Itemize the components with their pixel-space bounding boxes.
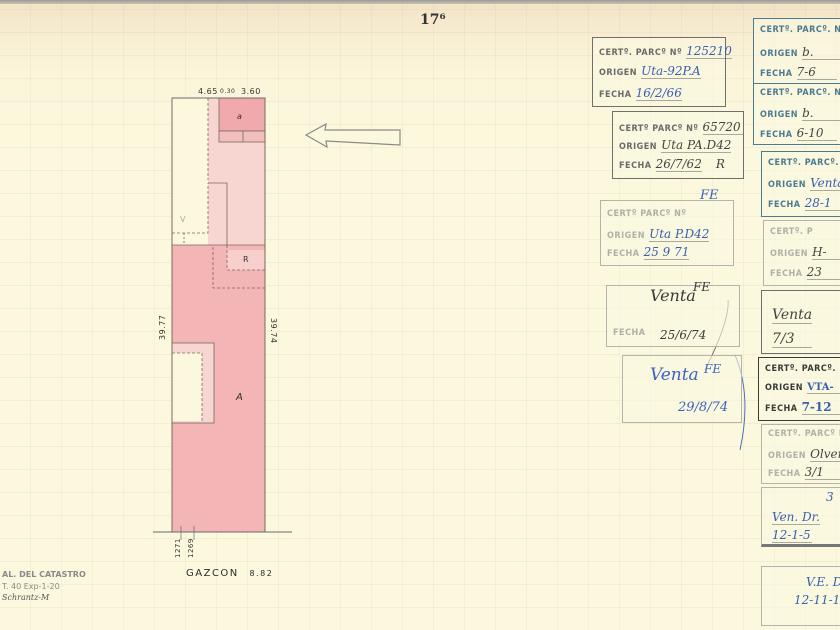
stamp-origen-value: Venta (772, 307, 812, 324)
stamp-cert-label: CERTº PARCº Nº (607, 209, 687, 219)
stamp-mark-fe: FE (704, 362, 721, 376)
dimension-top-small: 0.30 (220, 88, 235, 95)
catastro-line-2: T. 40 Exp-1-20 (2, 582, 60, 591)
unit-label-v: V (180, 215, 186, 224)
stamp-origen-label: ORIGEN (619, 142, 657, 152)
stamp-fecha-value: 7/3 (772, 331, 812, 348)
dimension-top-left: 4.65 (198, 87, 218, 96)
stamp-origen-value: Ven. Dr. (772, 510, 820, 525)
stamp-fecha-label: FECHA (768, 200, 801, 210)
stamp-cert-venta-71: CERTº PARCº Nº ORIGENUta P.D42 FECHA25 9… (600, 200, 734, 266)
stamp-fecha-label: FECHA (768, 469, 801, 479)
stamp-origen-value: V.E. D (806, 575, 840, 589)
stamp-fecha-value: 26/7/62 (656, 157, 702, 172)
stamp-right-4: CERTº. P ORIGENH- FECHA23 (763, 220, 840, 286)
unit-label-a-main: A (236, 392, 243, 403)
stamp-right-2: CERTº. PARCº. Nº ORIGENb. FECHA6-10 (753, 83, 840, 145)
stamp-origen-value: Uta PA.D42 (661, 138, 731, 153)
stamp-origen-label: ORIGEN (768, 451, 806, 461)
stamp-fecha-value: 12-11-19 (794, 593, 840, 607)
stamp-cert-value: 125210 (686, 44, 732, 59)
stamp-cert-label: CERTº. PARCº N (768, 429, 840, 439)
stamp-cert-65720: CERTº PARCº Nº65720 ORIGENUta PA.D42 FEC… (612, 111, 744, 179)
street-name: GAZCON (186, 568, 239, 579)
stamp-fecha-label: FECHA (760, 69, 793, 79)
unit-label-r: R (243, 255, 249, 264)
dimension-bottom-offset-2: 1269 (187, 538, 195, 558)
stamp-fecha-value: 7-6 (797, 65, 837, 80)
stamp-fecha-value: 25 9 71 (644, 245, 690, 260)
stamp-fecha-value: 12-1-5 (772, 528, 812, 543)
stamp-origen-label: ORIGEN (760, 110, 798, 120)
stamp-fecha-label: FECHA (619, 161, 652, 171)
stamp-origen-label: ORIGEN (607, 231, 645, 241)
stamp-fecha-value: 16/2/66 (636, 86, 682, 101)
stamp-origen-value: Uta-92P.A (641, 64, 701, 79)
dimension-top-right: 3.60 (241, 87, 261, 96)
stamp-cert-label: CERTº. P (770, 227, 813, 237)
street-label: GAZCON 8.82 (186, 568, 273, 579)
stamp-fecha-value: 6-10 (797, 126, 837, 141)
stamp-right-1: CERTº. PARCº. Nº ORIGENb. FECHA7-6 (753, 18, 840, 84)
stamp-fecha-label: FECHA (770, 269, 803, 279)
stamp-origen-value: b. (802, 106, 840, 121)
stamp-cert-value: 65720 (703, 120, 743, 135)
stamp-origen-label: ORIGEN (599, 68, 637, 78)
stamp-cert-label: CERTº. PARCº Nº (599, 48, 682, 58)
stamp-origen-label: ORIGEN (760, 49, 798, 59)
stamp-fecha-value: 3/1 (805, 465, 840, 480)
stamp-right-8: 3 Ven. Dr. 12-1-5 (761, 487, 840, 547)
stamp-origen-label: ORIGEN (770, 249, 808, 259)
stamp-cert-label: CERTº. PARCº. Nº (760, 88, 840, 98)
stamp-mark-fe: FE (700, 188, 719, 203)
unit-label-a-small: a (237, 112, 242, 121)
stamp-fecha-label: FECHA (760, 130, 793, 140)
stamp-fecha-label: FECHA (765, 404, 798, 414)
stamp-origen-venta: Venta (650, 286, 696, 305)
stamp-origen-label: ORIGEN (765, 383, 803, 393)
stamp-right-6: CERTº. PARCº. Nº ORIGENVTA- FECHA7-12 (758, 357, 840, 421)
stamp-origen-label: ORIGEN (768, 180, 806, 190)
stamp-right-9: V.E. D 12-11-19 (761, 566, 840, 626)
stamp-fecha-value: 29/8/74 (678, 400, 728, 415)
dimension-bottom-offset-1: 1271 (174, 538, 182, 558)
street-frontage: 8.82 (249, 569, 273, 578)
stamp-cert-label: CERTº. PARCº. Nº (765, 364, 840, 374)
arrow-left-icon (306, 124, 400, 147)
stamp-origen-value: b. (802, 45, 840, 60)
stamp-right-7: CERTº. PARCº N ORIGENOlvera FECHA3/1 (761, 424, 840, 484)
stamp-cert-label: CERTº. PARCº. N (768, 158, 840, 168)
dimension-right-side: 39.74 (269, 318, 278, 343)
stamp-origen-value: Venta (810, 176, 840, 191)
stamp-cert-label: CERTº. PARCº. Nº (760, 25, 840, 35)
stamp-fecha-label: FECHA (607, 249, 640, 259)
stamp-fecha-value: 7-12 (802, 400, 840, 415)
stamp-fecha-label: FECHA (599, 90, 632, 100)
stamp-cert-125210: CERTº. PARCº Nº125210 ORIGENUta-92P.A FE… (592, 37, 726, 107)
stamp-fecha-label: FECHA (613, 328, 646, 338)
stamp-fecha-value: 25/6/74 (660, 328, 706, 342)
stamp-mark-fe: FE (693, 280, 710, 294)
stamp-fecha-value: 23 (807, 265, 840, 280)
catastro-line-1: AL. DEL CATASTRO (2, 570, 86, 579)
stamp-origen-value: Olvera (810, 447, 840, 462)
stamp-origen-value: VTA- (807, 382, 840, 394)
stamp-extra-mark: 3 (826, 490, 834, 504)
stamp-fecha-value: 28-1 (805, 196, 840, 211)
catastro-line-3: Schrantz-M (2, 593, 49, 602)
stamp-origen-value: Uta P.D42 (649, 227, 709, 242)
catastro-stamp: AL. DEL CATASTRO T. 40 Exp-1-20 Schrantz… (0, 568, 66, 608)
stamp-origen-venta: Venta (650, 365, 699, 385)
stamp-right-5: Venta 7/3 (761, 290, 840, 354)
dimension-left-side: 39.77 (158, 315, 167, 340)
stamp-origen-value: H- (812, 245, 840, 260)
stamp-cert-label: CERTº PARCº Nº (619, 124, 699, 134)
stamp-mark: R (716, 157, 725, 171)
stamp-right-3: CERTº. PARCº. N ORIGENVenta FECHA28-1 (761, 151, 840, 217)
